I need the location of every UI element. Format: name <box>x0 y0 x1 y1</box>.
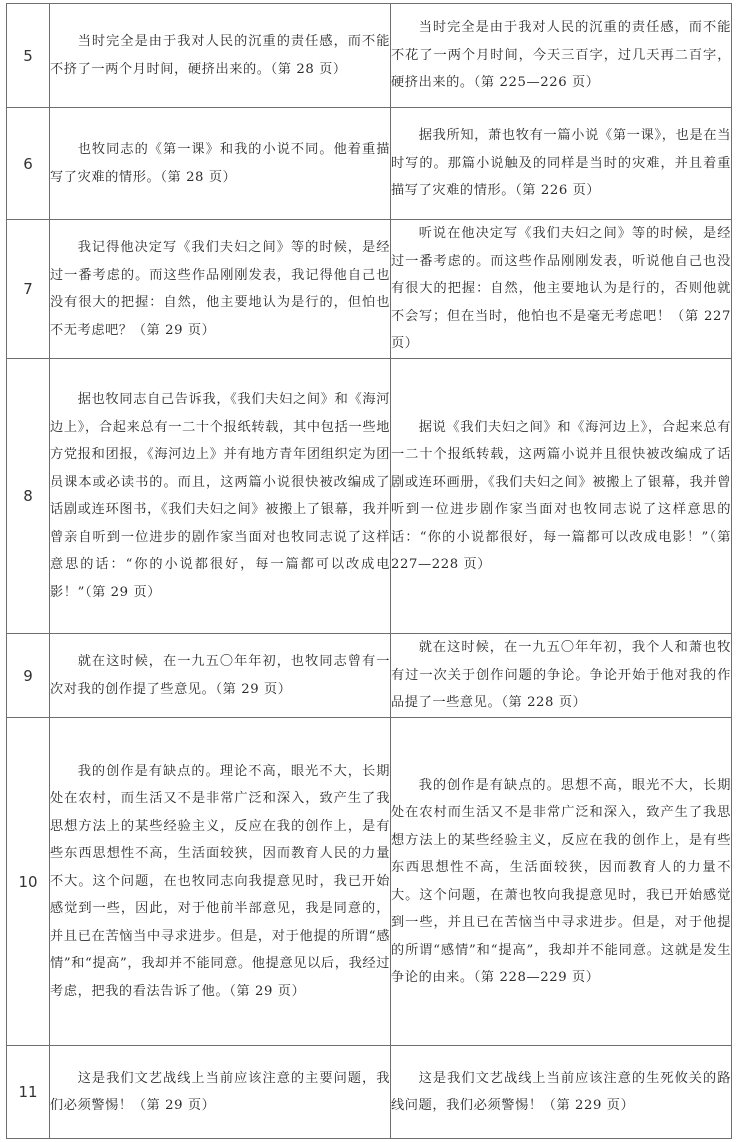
revised-text-cell: 据说《我们夫妇之间》和《海河边上》，合起来总有一二十个报纸转载，这两篇小说并且很… <box>391 359 732 634</box>
original-text: 也牧同志的《第一课》和我的小说不同。他着重描写了灾难的情形。（第 28 页） <box>50 136 390 191</box>
table-row: 10 我的创作是有缺点的。理论不高，眼光不大，长期处在农村，而生活又不是非常广泛… <box>7 718 732 1046</box>
row-number: 7 <box>7 220 50 359</box>
comparison-table: 5 当时完全是由于我对人民的沉重的责任感，而不能不挤了一两个月时间，硬挤出来的。… <box>6 3 732 1139</box>
row-number: 6 <box>7 108 50 220</box>
revised-text: 这是我们文艺战线上当前应该注意的生死攸关的路线问题，我们必须警惕！（第 229 … <box>391 1065 731 1120</box>
original-text-cell: 我记得他决定写《我们夫妇之间》等的时候，是经过一番考虑的。而这些作品刚刚发表，我… <box>50 220 391 359</box>
revised-text-cell: 据我所知，萧也牧有一篇小说《第一课》，也是在当时写的。那篇小说触及的同样是当时的… <box>391 108 732 220</box>
revised-text-cell: 听说在他决定写《我们夫妇之间》等的时候，是经过一番考虑的。而这些作品刚刚发表，听… <box>391 220 732 359</box>
original-text-cell: 也牧同志的《第一课》和我的小说不同。他着重描写了灾难的情形。（第 28 页） <box>50 108 391 220</box>
table-row: 6 也牧同志的《第一课》和我的小说不同。他着重描写了灾难的情形。（第 28 页）… <box>7 108 732 220</box>
revised-text: 我的创作是有缺点的。思想不高，眼光不大，长期处在农村而生活又不是非常广泛和深入，… <box>391 772 731 992</box>
revised-text-cell: 就在这时候，在一九五〇年年初，我个人和萧也牧有过一次关于创作问题的争论。争论开始… <box>391 634 732 718</box>
revised-text-cell: 我的创作是有缺点的。思想不高，眼光不大，长期处在农村而生活又不是非常广泛和深入，… <box>391 718 732 1046</box>
original-text-cell: 我的创作是有缺点的。理论不高，眼光不大，长期处在农村，而生活又不是非常广泛和深入… <box>50 718 391 1046</box>
row-number: 10 <box>7 718 50 1046</box>
original-text: 这是我们文艺战线上当前应该注意的主要问题，我们必须警惕！（第 29 页） <box>50 1065 390 1120</box>
original-text-cell: 就在这时候，在一九五〇年年初，也牧同志曾有一次对我的创作提了些意见。（第 29 … <box>50 634 391 718</box>
revised-text-cell: 这是我们文艺战线上当前应该注意的生死攸关的路线问题，我们必须警惕！（第 229 … <box>391 1046 732 1139</box>
revised-text: 据说《我们夫妇之间》和《海河边上》，合起来总有一二十个报纸转载，这两篇小说并且很… <box>391 414 731 579</box>
table-row: 8 据也牧同志自己告诉我，《我们夫妇之间》和《海河边上》，合起来总有一二十个报纸… <box>7 359 732 634</box>
table-row: 5 当时完全是由于我对人民的沉重的责任感，而不能不挤了一两个月时间，硬挤出来的。… <box>7 4 732 108</box>
original-text: 就在这时候，在一九五〇年年初，也牧同志曾有一次对我的创作提了些意见。（第 29 … <box>50 648 390 703</box>
table-row: 9 就在这时候，在一九五〇年年初，也牧同志曾有一次对我的创作提了些意见。（第 2… <box>7 634 732 718</box>
revised-text: 就在这时候，在一九五〇年年初，我个人和萧也牧有过一次关于创作问题的争论。争论开始… <box>391 634 731 717</box>
revised-text: 据我所知，萧也牧有一篇小说《第一课》，也是在当时写的。那篇小说触及的同样是当时的… <box>391 122 731 205</box>
row-number: 5 <box>7 4 50 108</box>
row-number: 9 <box>7 634 50 718</box>
original-text-cell: 当时完全是由于我对人民的沉重的责任感，而不能不挤了一两个月时间，硬挤出来的。（第… <box>50 4 391 108</box>
original-text-cell: 据也牧同志自己告诉我，《我们夫妇之间》和《海河边上》，合起来总有一二十个报纸转载… <box>50 359 391 634</box>
table-row: 11 这是我们文艺战线上当前应该注意的主要问题，我们必须警惕！（第 29 页） … <box>7 1046 732 1139</box>
original-text-cell: 这是我们文艺战线上当前应该注意的主要问题，我们必须警惕！（第 29 页） <box>50 1046 391 1139</box>
original-text: 我记得他决定写《我们夫妇之间》等的时候，是经过一番考虑的。而这些作品刚刚发表，我… <box>50 234 390 344</box>
revised-text: 听说在他决定写《我们夫妇之间》等的时候，是经过一番考虑的。而这些作品刚刚发表，听… <box>391 220 731 358</box>
original-text: 我的创作是有缺点的。理论不高，眼光不大，长期处在农村，而生活又不是非常广泛和深入… <box>50 758 390 1006</box>
row-number: 8 <box>7 359 50 634</box>
row-number: 11 <box>7 1046 50 1139</box>
table-row: 7 我记得他决定写《我们夫妇之间》等的时候，是经过一番考虑的。而这些作品刚刚发表… <box>7 220 732 359</box>
revised-text-cell: 当时完全是由于我对人民的沉重的责任感，而不能不花了一两个月时间，今天三百字，过几… <box>391 4 732 108</box>
revised-text: 当时完全是由于我对人民的沉重的责任感，而不能不花了一两个月时间，今天三百字，过几… <box>391 14 731 97</box>
original-text: 据也牧同志自己告诉我，《我们夫妇之间》和《海河边上》，合起来总有一二十个报纸转载… <box>50 386 390 606</box>
original-text: 当时完全是由于我对人民的沉重的责任感，而不能不挤了一两个月时间，硬挤出来的。（第… <box>50 28 390 83</box>
